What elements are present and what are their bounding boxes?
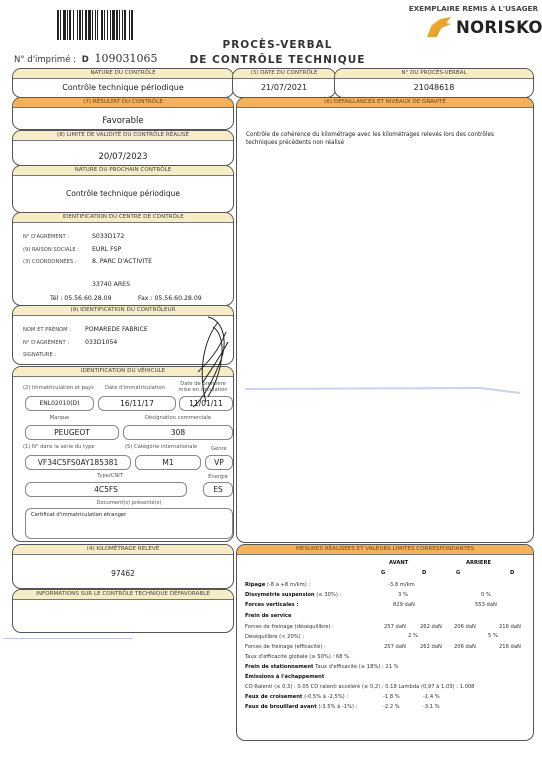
measures-header: MESURES RÉALISÉES ET VALEURS LIMITES COR… bbox=[237, 545, 533, 555]
freinage-deseq-value: 257 daN bbox=[384, 624, 406, 630]
center-agrement-label: N° D'AGRÉMENT : bbox=[23, 234, 69, 240]
dissym-front: 3 % bbox=[398, 592, 408, 598]
nature-control-header: NATURE DU CONTRÔLE bbox=[13, 69, 233, 79]
brouillard-value: -3.1 % bbox=[423, 704, 440, 710]
frein-stat-label: Frein de stationnement bbox=[245, 664, 314, 670]
control-date-box: (3) DATE DU CONTRÔLE 21/07/2021 bbox=[232, 68, 336, 98]
d-label: D bbox=[510, 570, 514, 576]
serie-label: (1) N° dans la série du type bbox=[23, 444, 95, 450]
freinage-deseq-value: 216 daN bbox=[499, 624, 521, 630]
emissions-label: Émissions à l'échappement bbox=[245, 674, 324, 680]
ripage-limit: (-8 à +8 m/km) : bbox=[267, 582, 310, 588]
defects-text: Contrôle de cohérence du kilométrage ave… bbox=[246, 132, 523, 147]
defects-box: (6) DÉFAILLANCES ET NIVEAUX DE GRAVITÉ C… bbox=[236, 97, 534, 543]
immat-label: (2) Immatriculation et pays bbox=[23, 385, 94, 391]
freinage-eff-value: 206 daN bbox=[454, 644, 476, 650]
frein-service-label: Frein de service bbox=[245, 613, 292, 619]
frein-stat-row: Frein de stationnement Taux d'efficacité… bbox=[245, 664, 399, 670]
deseq-label: Déséquilibre (< 20%) : bbox=[245, 634, 304, 640]
divider-line bbox=[3, 638, 133, 639]
forces-vert-label: Forces verticales : bbox=[245, 602, 299, 608]
designation-field: 308 bbox=[123, 425, 233, 440]
controller-name-label: NOM ET PRÉNOM : bbox=[23, 327, 71, 333]
controller-signature bbox=[188, 312, 232, 412]
rear-g: G bbox=[456, 570, 460, 576]
center-raison-label: (9) RAISON SOCIALE : bbox=[23, 247, 79, 253]
result-value: Favorable bbox=[13, 116, 233, 126]
brand-name: NORISKO bbox=[456, 18, 542, 37]
immat-field: ENL02010(D) bbox=[25, 396, 94, 411]
brouillard-value: -2.2 % bbox=[383, 704, 400, 710]
brouillard-limit: (-3.5% à -1%) : bbox=[318, 704, 357, 710]
croisement-row: Feux de croisement (-0,5% à -2,5%) : bbox=[245, 694, 348, 700]
g-label: G bbox=[456, 570, 460, 576]
date-immat-label: Date d'immatriculation bbox=[105, 385, 165, 391]
next-control-header: NATURE DU PROCHAIN CONTRÔLE bbox=[13, 166, 233, 176]
frein-stat-value: Taux d'efficacité (≥ 18%) : 21 % bbox=[315, 664, 398, 670]
ripage-label: Ripage bbox=[245, 582, 265, 588]
center-address-1: 8. PARC D'ACTIVITE bbox=[92, 258, 152, 265]
measures-box: MESURES RÉALISÉES ET VALEURS LIMITES COR… bbox=[236, 544, 534, 741]
center-box: IDENTIFICATION DU CENTRE DE CONTRÔLE N° … bbox=[12, 212, 234, 306]
brand-logo: NORISKO bbox=[427, 17, 542, 37]
emissions-row: Émissions à l'échappement bbox=[245, 674, 324, 680]
pv-number-header: N° DU PROCÈS-VERBAL bbox=[335, 69, 533, 79]
taux-global: Taux d'efficacité globale (≥ 50%) : 68 % bbox=[245, 654, 349, 660]
rear-d: D bbox=[510, 570, 514, 576]
nature-control-box: NATURE DU CONTRÔLE Contrôle technique pé… bbox=[12, 68, 234, 98]
printed-number-value: 109031065 bbox=[94, 52, 157, 65]
center-address-2: 33740 ARES bbox=[92, 281, 130, 288]
validity-box: (8) LIMITE DE VALIDITÉ DU CONTRÔLE RÉALI… bbox=[12, 130, 234, 166]
dissym-limit: (≤ 30%) : bbox=[316, 592, 341, 598]
printed-number: N° d'imprimé : D 109031065 bbox=[14, 52, 157, 65]
nature-control-value: Contrôle technique périodique bbox=[13, 83, 233, 92]
deseq-front: 2 % bbox=[408, 633, 418, 639]
unfavorable-header: INFORMATIONS SUR LE CONTRÔLE TECHNIQUE D… bbox=[13, 590, 233, 600]
controller-agrement-value: 033D1054 bbox=[85, 339, 117, 346]
genre-field: VP bbox=[205, 455, 233, 470]
front-label: AVANT bbox=[389, 560, 408, 566]
center-raison-value: EURL FSP bbox=[92, 246, 121, 253]
ripage-row: Ripage (-8 à +8 m/km) : bbox=[245, 582, 310, 588]
fax-value: 05.56.60.28.09 bbox=[154, 295, 201, 302]
dissym-label: Dissymétrie suspension bbox=[245, 592, 315, 598]
next-control-value: Contrôle technique périodique bbox=[13, 189, 233, 198]
dissym-row: Dissymétrie suspension (≤ 30%) : bbox=[245, 592, 341, 598]
fax-label: Fax : bbox=[138, 295, 153, 302]
ripage-value: -3.8 m/km bbox=[388, 582, 415, 588]
result-header: (7) RÉSULTAT DU CONTRÔLE bbox=[13, 98, 233, 108]
mileage-value: 97462 bbox=[13, 569, 233, 578]
dissym-rear: 0 % bbox=[481, 592, 491, 598]
freinage-eff-value: 262 daN bbox=[420, 644, 442, 650]
rear-header: ARRIERE bbox=[466, 560, 491, 566]
scan-artifact bbox=[240, 384, 540, 394]
center-fax: Fax : 05.56.60.28.09 bbox=[138, 295, 202, 302]
copy-label: EXEMPLAIRE REMIS À L'USAGER bbox=[409, 4, 538, 13]
type-field: 4C5FS bbox=[25, 482, 187, 497]
printed-number-label: N° d'imprimé : bbox=[14, 55, 76, 65]
result-box: (7) RÉSULTAT DU CONTRÔLE Favorable bbox=[12, 97, 234, 130]
eagle-icon bbox=[427, 17, 451, 37]
g-label: G bbox=[381, 570, 385, 576]
center-agrement-value: S033D172 bbox=[92, 233, 124, 240]
barcode bbox=[57, 10, 184, 40]
frein-service-row: Frein de service bbox=[245, 613, 292, 619]
freinage-eff-value: 216 daN bbox=[499, 644, 521, 650]
front-header: AVANT bbox=[389, 560, 408, 566]
genre-label: Genre bbox=[211, 446, 227, 452]
forces-vert-rear: 553 daN bbox=[475, 602, 497, 608]
categorie-label: (5) Catégorie internationale bbox=[125, 444, 197, 450]
center-coord-label: (3) COORDONNÉES : bbox=[23, 259, 76, 265]
freinage-eff-value: 257 daN bbox=[384, 644, 406, 650]
croisement-limit: (-0,5% à -2,5%) : bbox=[304, 694, 348, 700]
mileage-box: (4) KILOMÉTRAGE RELEVÉ 97462 bbox=[12, 544, 234, 589]
forces-vert-front: 829 daN bbox=[393, 602, 415, 608]
freinage-deseq-label: Forces de freinage (déséquilibre) : bbox=[245, 624, 334, 630]
croisement-value: -1.4 % bbox=[423, 694, 440, 700]
categorie-field: M1 bbox=[135, 455, 201, 470]
documents-value: Certificat d'immatriculation étranger bbox=[31, 510, 126, 520]
next-control-box: NATURE DU PROCHAIN CONTRÔLE Contrôle tec… bbox=[12, 165, 234, 213]
control-date-header: (3) DATE DU CONTRÔLE bbox=[233, 69, 335, 79]
energie-label: Énergie bbox=[203, 474, 233, 480]
title-line-1: PROCÈS-VERBAL bbox=[180, 38, 375, 53]
tel-label: Tél : bbox=[50, 295, 62, 302]
croisement-label: Feux de croisement bbox=[245, 694, 302, 700]
validity-header: (8) LIMITE DE VALIDITÉ DU CONTRÔLE RÉALI… bbox=[13, 131, 233, 141]
d-label: D bbox=[422, 570, 426, 576]
control-date-value: 21/07/2021 bbox=[233, 83, 335, 92]
controller-name-value: POMAREDE FABRICE bbox=[85, 326, 148, 333]
controller-agrement-label: N° D'AGRÉMENT : bbox=[23, 340, 69, 346]
validity-value: 20/07/2023 bbox=[13, 152, 233, 162]
croisement-value: -1.8 % bbox=[383, 694, 400, 700]
center-tel: Tél : 05.56.60.28.09 bbox=[50, 295, 112, 302]
brouillard-row: Feux de brouillard avant (-3.5% à -1%) : bbox=[245, 704, 357, 710]
marque-label: Marque bbox=[25, 415, 94, 421]
marque-field: PEUGEOT bbox=[25, 425, 119, 440]
page-title: PROCÈS-VERBAL DE CONTRÔLE TECHNIQUE bbox=[180, 38, 375, 68]
forces-vert-row: Forces verticales : bbox=[245, 602, 299, 608]
documents-field: Certificat d'immatriculation étranger bbox=[25, 508, 233, 539]
rear-label: ARRIERE bbox=[466, 560, 491, 566]
mileage-header: (4) KILOMÉTRAGE RELEVÉ bbox=[13, 545, 233, 555]
pv-number-box: N° DU PROCÈS-VERBAL 21048618 bbox=[334, 68, 534, 98]
printed-number-prefix: D bbox=[82, 55, 89, 65]
tel-value: 05.56.60.28.09 bbox=[64, 295, 111, 302]
freinage-deseq-value: 206 daN bbox=[454, 624, 476, 630]
pv-number-value: 21048618 bbox=[335, 83, 533, 92]
unfavorable-box: INFORMATIONS SUR LE CONTRÔLE TECHNIQUE D… bbox=[12, 589, 234, 633]
emissions-value: CO Ralenti (≤ 0,3) : 0.05 CO ralenti acc… bbox=[245, 684, 474, 690]
controller-signature-label: SIGNATURE : bbox=[23, 352, 56, 358]
date-immat-field: 16/11/17 bbox=[98, 396, 176, 411]
center-header: IDENTIFICATION DU CENTRE DE CONTRÔLE bbox=[13, 213, 233, 223]
front-d: D bbox=[422, 570, 426, 576]
title-line-2: DE CONTRÔLE TECHNIQUE bbox=[180, 53, 375, 68]
defects-header: (6) DÉFAILLANCES ET NIVEAUX DE GRAVITÉ bbox=[237, 98, 533, 108]
freinage-eff-label: Forces de freinage (efficacité) : bbox=[245, 644, 326, 650]
type-label: Type/CNIT bbox=[25, 473, 195, 479]
energie-field: ES bbox=[203, 482, 233, 497]
deseq-rear: 5 % bbox=[488, 633, 498, 639]
documents-label: Document(s) présenté(s) bbox=[25, 500, 233, 506]
serie-field: VF34C5FS0AY185381 bbox=[25, 455, 131, 470]
designation-label: Désignation commerciale bbox=[123, 415, 233, 421]
freinage-deseq-value: 262 daN bbox=[420, 624, 442, 630]
front-g: G bbox=[381, 570, 385, 576]
brouillard-label: Feux de brouillard avant bbox=[245, 704, 317, 710]
